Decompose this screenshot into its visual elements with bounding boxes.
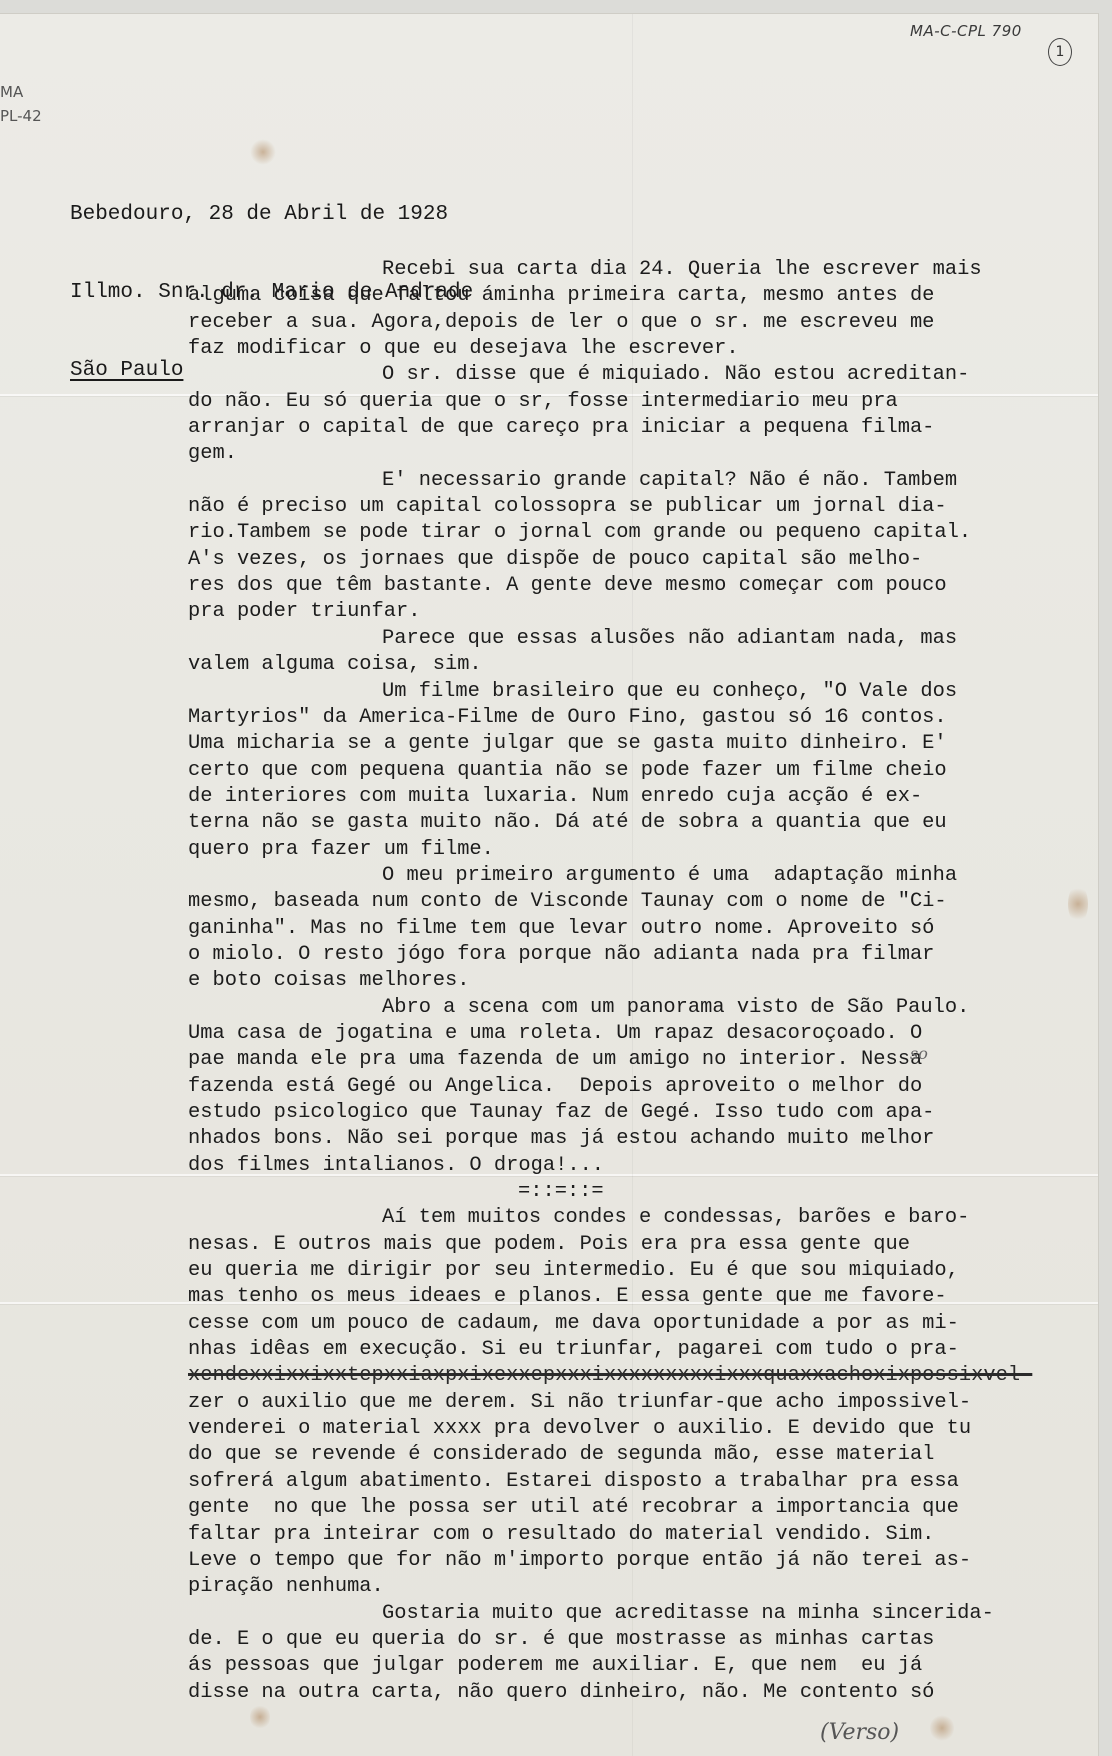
body-line: dos filmes intalianos. O droga!... xyxy=(188,1153,1088,1179)
body-line: o miolo. O resto jógo fora porque não ad… xyxy=(188,942,1088,968)
body-line: Aí tem muitos condes e condessas, barões… xyxy=(188,1205,1088,1231)
body-line: Um filme brasileiro que eu conheço, "O V… xyxy=(188,679,1088,705)
body-line: Abro a scena com um panorama visto de Sã… xyxy=(188,995,1088,1021)
struck-line: xendexxixxixxtepxxiaxpxixexxepxxxixxxxxx… xyxy=(188,1363,1088,1389)
body-line: de. E o que eu queria do sr. é que mostr… xyxy=(188,1627,1088,1653)
side-note-line: PL-42 xyxy=(0,104,42,128)
body-line: ganinha". Mas no filme tem que levar out… xyxy=(188,916,1088,942)
body-line: gem. xyxy=(188,441,1088,467)
body-line: cesse com um pouco de cadaum, me dava op… xyxy=(188,1311,1088,1337)
body-line: mesmo, baseada num conto de Visconde Tau… xyxy=(188,889,1088,915)
body-line: O meu primeiro argumento é uma adaptação… xyxy=(188,863,1088,889)
body-line: faz modificar o que eu desejava lhe escr… xyxy=(188,336,1088,362)
body-line: Parece que essas alusões não adiantam na… xyxy=(188,626,1088,652)
body-line: quero pra fazer um filme. xyxy=(188,837,1088,863)
body-line: nesas. E outros mais que podem. Pois era… xyxy=(188,1232,1088,1258)
body-line: nhas idêas em execução. Si eu triunfar, … xyxy=(188,1337,1088,1363)
side-note: MAPL-42 xyxy=(0,80,42,128)
body-line: arranjar o capital de que careço pra ini… xyxy=(188,415,1088,441)
date-line: Bebedouro, 28 de Abril de 1928 xyxy=(70,202,473,228)
body-line: e boto coisas melhores. xyxy=(188,968,1088,994)
body-line: E' necessario grande capital? Não é não.… xyxy=(188,468,1088,494)
struck-text: xendexxixxixxtepxxiaxpxixexxepxxxixxxxxx… xyxy=(188,1364,1032,1387)
body-line: Uma casa de jogatina e uma roleta. Um ra… xyxy=(188,1021,1088,1047)
stain xyxy=(250,1704,270,1730)
stain xyxy=(930,1714,954,1742)
body-line: do que se revende é considerado de segun… xyxy=(188,1442,1088,1468)
body-line: ás pessoas que julgar poderem me auxilia… xyxy=(188,1653,1088,1679)
body-line: eu queria me dirigir por seu intermedio.… xyxy=(188,1258,1088,1284)
body-line: faltar pra inteirar com o resultado do m… xyxy=(188,1522,1088,1548)
body-line: pra poder triunfar. xyxy=(188,599,1088,625)
body-line: O sr. disse que é miquiado. Não estou ac… xyxy=(188,362,1088,388)
body-line: sofrerá algum abatimento. Estarei dispos… xyxy=(188,1469,1088,1495)
body-line: zer o auxilio que me derem. Si não triun… xyxy=(188,1390,1088,1416)
body-line: fazenda está Gegé ou Angelica. Depois ap… xyxy=(188,1074,1088,1100)
verso-note: (Verso) xyxy=(820,1720,899,1745)
body-line: gente no que lhe possa ser util até reco… xyxy=(188,1495,1088,1521)
body-line: valem alguma coisa, sim. xyxy=(188,652,1088,678)
body-line: disse na outra carta, não quero dinheiro… xyxy=(188,1680,1088,1706)
body-line: Recebi sua carta dia 24. Queria lhe escr… xyxy=(188,257,1088,283)
body-line: piração nenhuma. xyxy=(188,1574,1088,1600)
body-line: A's vezes, os jornaes que dispõe de pouc… xyxy=(188,547,1088,573)
body-line: res dos que têm bastante. A gente deve m… xyxy=(188,573,1088,599)
side-note-line: MA xyxy=(0,80,42,104)
body-line: Martyrios" da America-Filme de Ouro Fino… xyxy=(188,705,1088,731)
body-line: terna não se gasta muito não. Dá até de … xyxy=(188,810,1088,836)
body-line: nhados bons. Não sei porque mas já estou… xyxy=(188,1126,1088,1152)
body-line: Gostaria muito que acreditasse na minha … xyxy=(188,1601,1088,1627)
body-line: de interiores com muita luxaria. Num enr… xyxy=(188,784,1088,810)
body-line: receber a sua. Agora,depois de ler o que… xyxy=(188,310,1088,336)
body-line: Leve o tempo que for não m'importo porqu… xyxy=(188,1548,1088,1574)
body-line: não é preciso um capital colossopra se p… xyxy=(188,494,1088,520)
body-line: venderei o material xxxx pra devolver o … xyxy=(188,1416,1088,1442)
body-line: Uma micharia se a gente julgar que se ga… xyxy=(188,731,1088,757)
body-line: alguma coisa que faltou áminha primeira … xyxy=(188,283,1088,309)
body-line: rio.Tambem se pode tirar o jornal com gr… xyxy=(188,520,1088,546)
city-line: São Paulo xyxy=(70,359,183,382)
body-line: pae manda ele pra uma fazenda de um amig… xyxy=(188,1047,1088,1073)
page-number: 1 xyxy=(1048,38,1072,66)
body-line: do não. Eu só queria que o sr, fosse int… xyxy=(188,389,1088,415)
body-line: certo que com pequena quantia não se pod… xyxy=(188,758,1088,784)
body-line: mas tenho os meus ideaes e planos. E ess… xyxy=(188,1284,1088,1310)
body-line: estudo psicologico que Taunay faz de Geg… xyxy=(188,1100,1088,1126)
letter-body: Recebi sua carta dia 24. Queria lhe escr… xyxy=(188,257,1088,1706)
handwritten-insertion: so xyxy=(910,1044,928,1063)
section-separator: =::=::= xyxy=(188,1179,1088,1205)
archive-code: MA-C-CPL 790 xyxy=(910,22,1022,40)
